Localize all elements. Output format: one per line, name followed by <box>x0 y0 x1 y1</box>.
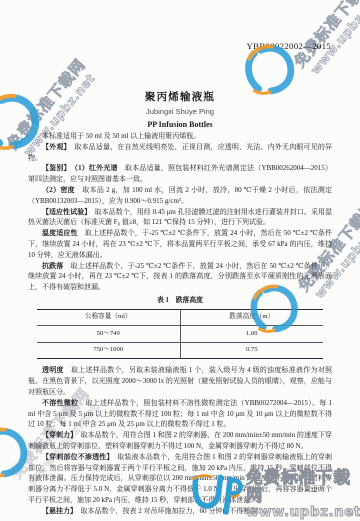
title-block: 聚丙烯输液瓶 Jubingxi Shuye Ping PP Infusion B… <box>0 89 360 129</box>
paragraph-label: 【穿刺部位不渗透性】 <box>42 453 110 461</box>
paragraph-label: 抗跌落 <box>42 262 63 270</box>
title-pinyin: Jubingxi Shuye Ping <box>0 107 360 116</box>
table-header-cell: 跌落高度（m） <box>180 309 323 326</box>
table-caption: 表 1 跌落高度 <box>28 296 332 307</box>
paragraph-label: 透明度 <box>42 366 64 374</box>
watermark-site-name: 免费标准下载网 <box>283 0 360 78</box>
drop-height-table: 公称容量（ml）跌落高度（m）50～7491.00750～10000.75 <box>37 309 323 360</box>
paragraph-label: 【鉴别】 （1）红外光谱 <box>42 164 118 172</box>
paragraph: 【穿刺力】 取本品数个，用符合图 1 和图 2 的穿刺器，在 200 mm/mi… <box>28 430 332 452</box>
paragraph: 【外观】 取本品适量，在自然光线明亮处，正视目测，应透明、光洁、内外无肉眼可见的… <box>28 142 332 164</box>
paragraph-label: 【悬挂力】 <box>42 507 74 515</box>
paragraph-label: 【适应性试验】 <box>42 208 88 216</box>
table-block: 表 1 跌落高度 公称容量（ml）跌落高度（m）50～7491.00750～10… <box>28 296 332 360</box>
title-english: PP Infusion Bottles <box>0 120 360 129</box>
paragraph-label: （2）密度 <box>42 186 75 194</box>
paragraph: 本标准适用于 50 ml 及 50 ml 以上输液用聚丙烯瓶。 <box>28 131 332 142</box>
paragraph-label: 不溶性微粒 <box>42 399 78 407</box>
paragraph-label: 温度适应性 <box>42 229 78 237</box>
paragraph: 【适应性试验】 取本品数个，用经 0.45 μm 孔径滤膜过滤的注射用水进行灌装… <box>28 207 332 229</box>
page-title: 聚丙烯输液瓶 <box>0 89 360 104</box>
table-cell: 1.00 <box>180 326 323 343</box>
paragraph: 【鉴别】 （1）红外光谱 取本品适量，照包装材料红外光谱测定法（YBB00262… <box>28 163 332 185</box>
paragraph: （2）密度 取本品 2 g，加 100 ml 水，回流 2 小时，放冷，80 ℃… <box>28 185 332 207</box>
paragraph: 不溶性微粒 取上述样品数个，照包装材料不溶性微粒测定法（YBB00272004—… <box>28 398 332 430</box>
paragraphs-before-table: 本标准适用于 50 ml 及 50 ml 以上输液用聚丙烯瓶。【外观】 取本品适… <box>28 131 332 293</box>
paragraph: 抗跌落 取上述样品数个，于-25 ℃±2 ℃条件下，放置 24 小时，然后在 5… <box>28 261 332 293</box>
document-body: 本标准适用于 50 ml 及 50 ml 以上输液用聚丙烯瓶。【外观】 取本品适… <box>28 131 332 517</box>
standard-number: YBB00022002—2015 <box>247 41 331 51</box>
watermark-site-name: 免费标准下载网 <box>246 469 360 504</box>
watermark-site-url: www.upbz.net <box>246 505 360 519</box>
table-header-row: 公称容量（ml）跌落高度（m） <box>37 309 323 326</box>
footer-watermark-text: 免费标准下载网 www.upbz.net <box>246 469 360 519</box>
paragraph-label: 【外观】 <box>42 143 67 151</box>
paragraph: 温度适应性 取上述样品数个，于-25 ℃±2 ℃条件下，放置 24 小时，然后在… <box>28 228 332 260</box>
up-logo-icon <box>191 472 243 516</box>
paragraph-label: 【穿刺力】 <box>42 431 74 439</box>
table-row: 50～7491.00 <box>37 326 323 343</box>
up-logo-icon <box>0 426 30 478</box>
footer-watermark: 免费标准下载网 www.upbz.net <box>191 469 360 519</box>
table-cell: 0.75 <box>180 342 323 359</box>
table-header-cell: 公称容量（ml） <box>37 309 180 326</box>
table-cell: 50～749 <box>37 326 180 343</box>
document-page: 免费标准下载网 www.upbz.net 免费标准下载网 www.upbz.ne… <box>0 0 360 521</box>
table-row: 750～10000.75 <box>37 342 323 359</box>
paragraph: 透明度 取上述样品数个，另取未装液输液瓶 1 个，装入级号为 4 级的浊度标准液… <box>28 365 332 397</box>
table-cell: 750～1000 <box>37 342 180 359</box>
